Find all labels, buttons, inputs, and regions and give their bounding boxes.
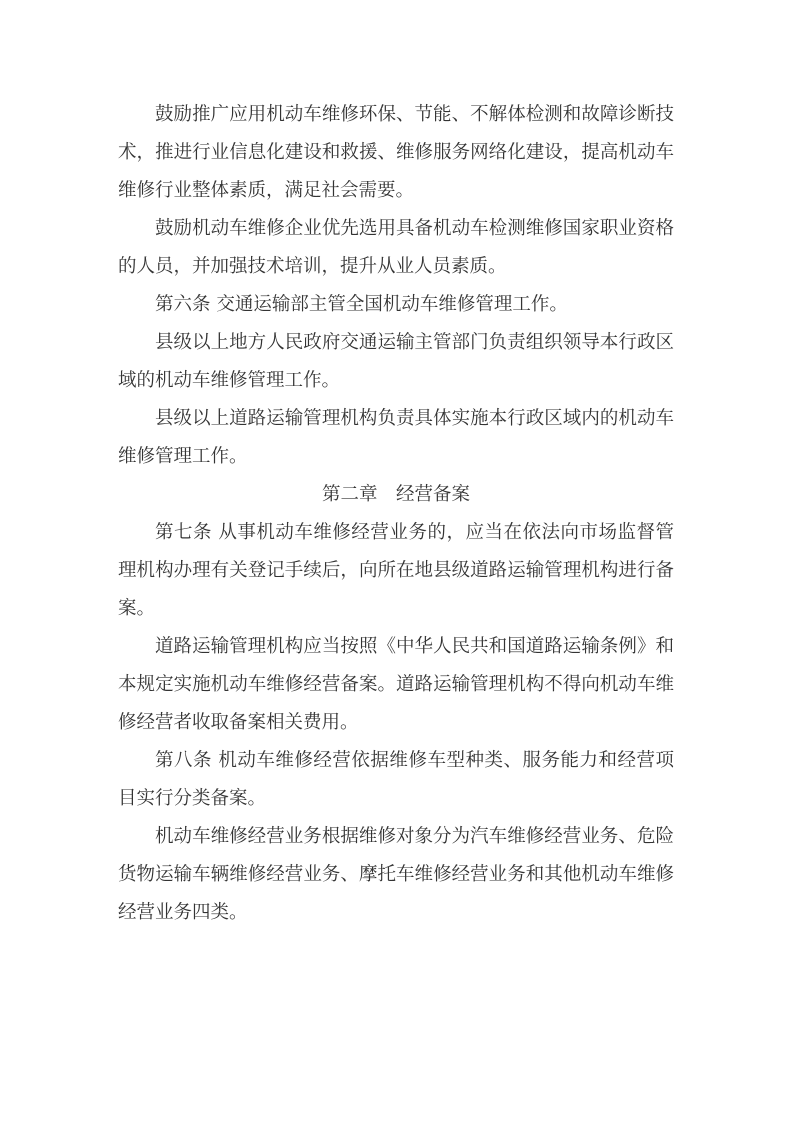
paragraph-article-6: 第六条 交通运输部主管全国机动车维修管理工作。 [118,286,674,324]
paragraph-county-transport-agency: 县级以上道路运输管理机构负责具体实施本行政区域内的机动车维修管理工作。 [118,400,674,476]
paragraph-encourage-qualified-staff: 鼓励机动车维修企业优先选用具备机动车检测维修国家职业资格的人员，并加强技术培训，… [118,210,674,286]
paragraph-article-7: 第七条 从事机动车维修经营业务的，应当在依法向市场监督管理机构办理有关登记手续后… [118,514,674,628]
paragraph-county-government: 县级以上地方人民政府交通运输主管部门负责组织领导本行政区域的机动车维修管理工作。 [118,324,674,400]
paragraph-business-categories: 机动车维修经营业务根据维修对象分为汽车维修经营业务、危险货物运输车辆维修经营业务… [118,818,674,932]
chapter-heading: 第二章 经营备案 [118,476,674,514]
paragraph-filing-regulation: 道路运输管理机构应当按照《中华人民共和国道路运输条例》和本规定实施机动车维修经营… [118,628,674,742]
paragraph-article-8: 第八条 机动车维修经营依据维修车型种类、服务能力和经营项目实行分类备案。 [118,742,674,818]
paragraph-encourage-technology: 鼓励推广应用机动车维修环保、节能、不解体检测和故障诊断技术，推进行业信息化建设和… [118,96,674,210]
document-page: 鼓励推广应用机动车维修环保、节能、不解体检测和故障诊断技术，推进行业信息化建设和… [118,96,674,932]
